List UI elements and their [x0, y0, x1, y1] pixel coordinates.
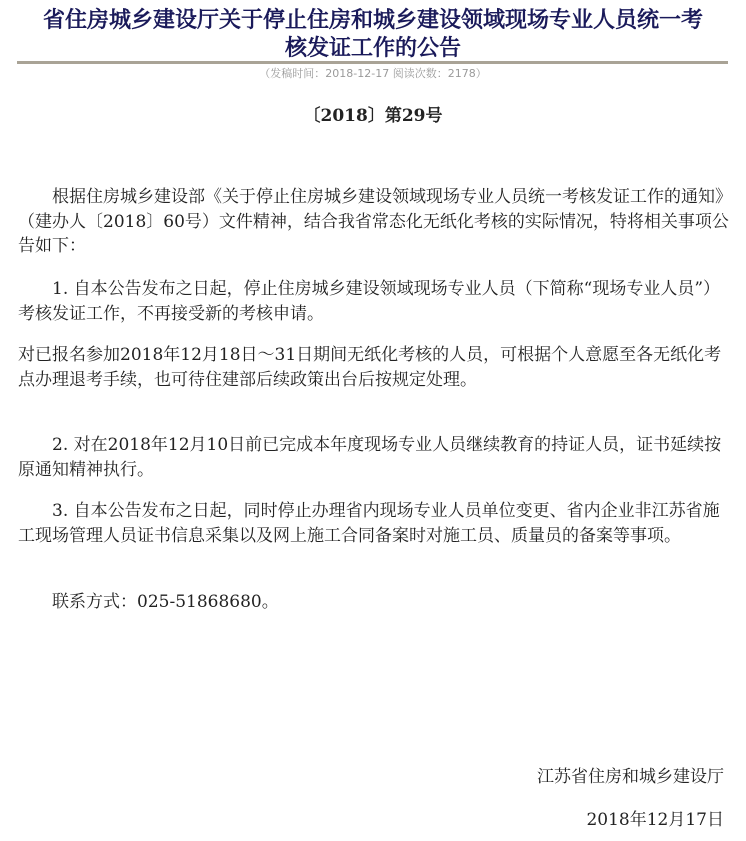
article-body-item2: 2. 对在2018年12月10日前已完成本年度现场专业人员继续教育的持证人员，证…	[18, 433, 730, 482]
document-number: 〔2018〕第29号	[0, 101, 746, 126]
title-line-1: 省住房城乡建设厅关于停止住房和城乡建设领域现场专业人员统一考	[0, 6, 746, 34]
paragraph-item-3: 3. 自本公告发布之日起，同时停止办理省内现场专业人员单位变更、省内企业非江苏省…	[18, 499, 730, 548]
page-title: 省住房城乡建设厅关于停止住房和城乡建设领域现场专业人员统一考 核发证工作的公告	[0, 6, 746, 62]
article-meta: （发稿时间：2018-12-17 阅读次数：2178）	[0, 66, 746, 82]
article-body-item3: 3. 自本公告发布之日起，同时停止办理省内现场专业人员单位变更、省内企业非江苏省…	[18, 499, 730, 548]
paragraph-note: 对已报名参加2018年12月18日～31日期间无纸化考核的人员，可根据个人意愿至…	[18, 343, 730, 392]
article-body-note: 对已报名参加2018年12月18日～31日期间无纸化考核的人员，可根据个人意愿至…	[18, 343, 730, 392]
signature-date: 2018年12月17日	[586, 805, 724, 830]
paragraph-intro: 根据住房城乡建设部《关于停止住房城乡建设领域现场专业人员统一考核发证工作的通知》…	[18, 185, 730, 259]
title-line-2: 核发证工作的公告	[0, 34, 746, 62]
article-body-contact: 联系方式：025-51868680。	[18, 590, 730, 615]
title-divider	[17, 61, 728, 64]
article-body: 根据住房城乡建设部《关于停止住房城乡建设领域现场专业人员统一考核发证工作的通知》…	[18, 185, 730, 259]
paragraph-item-2: 2. 对在2018年12月10日前已完成本年度现场专业人员继续教育的持证人员，证…	[18, 433, 730, 482]
article-body-item1: 1. 自本公告发布之日起，停止住房城乡建设领域现场专业人员（下简称“现场专业人员…	[18, 277, 730, 326]
paragraph-contact: 联系方式：025-51868680。	[18, 590, 730, 615]
signature-issuer: 江苏省住房和城乡建设厅	[537, 762, 724, 787]
paragraph-item-1: 1. 自本公告发布之日起，停止住房城乡建设领域现场专业人员（下简称“现场专业人员…	[18, 277, 730, 326]
